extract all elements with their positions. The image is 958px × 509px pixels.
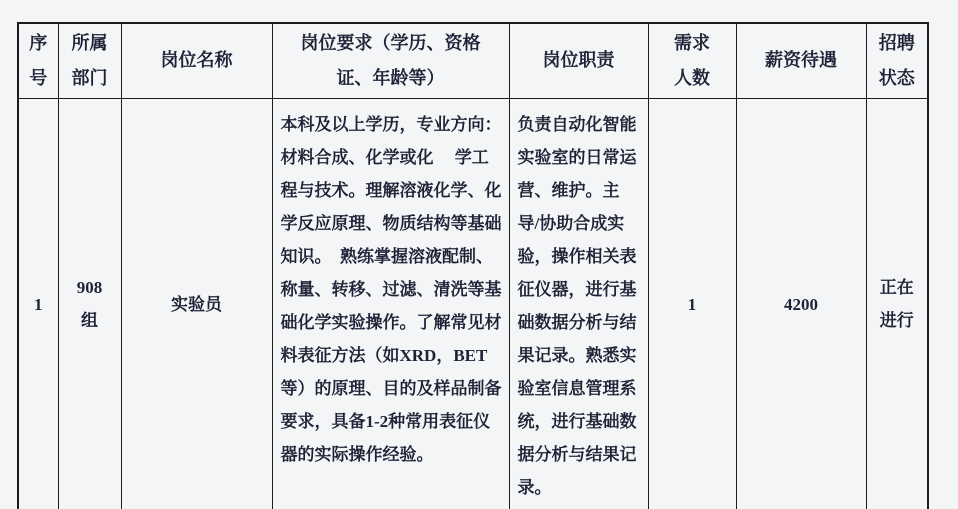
- header-salary: 薪资待遇: [736, 23, 866, 98]
- recruitment-table: 序 号 所属 部门 岗位名称 岗位要求（学历、资格 证、年龄等） 岗位职责 需求…: [17, 22, 929, 509]
- cell-salary: 4200: [736, 98, 866, 509]
- header-seq: 序 号: [18, 23, 58, 98]
- cell-position: 实验员: [121, 98, 272, 509]
- page-canvas: 序 号 所属 部门 岗位名称 岗位要求（学历、资格 证、年龄等） 岗位职责 需求…: [0, 0, 958, 509]
- table-row: 1 908 组 实验员 本科及以上学历，专业方向：材料合成、化学或化 学工程与技…: [18, 98, 928, 509]
- header-responsibilities: 岗位职责: [509, 23, 648, 98]
- cell-seq: 1: [18, 98, 58, 509]
- cell-headcount: 1: [648, 98, 736, 509]
- header-requirements: 岗位要求（学历、资格 证、年龄等）: [272, 23, 509, 98]
- cell-department: 908 组: [58, 98, 121, 509]
- header-department: 所属 部门: [58, 23, 121, 98]
- header-status: 招聘 状态: [866, 23, 928, 98]
- table-header-row: 序 号 所属 部门 岗位名称 岗位要求（学历、资格 证、年龄等） 岗位职责 需求…: [18, 23, 928, 98]
- cell-status: 正在 进行: [866, 98, 928, 509]
- header-position: 岗位名称: [121, 23, 272, 98]
- cell-responsibilities: 负责自动化智能实验室的日常运营、维护。主导/协助合成实验，操作相关表征仪器，进行…: [509, 98, 648, 509]
- header-headcount: 需求 人数: [648, 23, 736, 98]
- cell-requirements: 本科及以上学历，专业方向：材料合成、化学或化 学工程与技术。理解溶液化学、化学反…: [272, 98, 509, 509]
